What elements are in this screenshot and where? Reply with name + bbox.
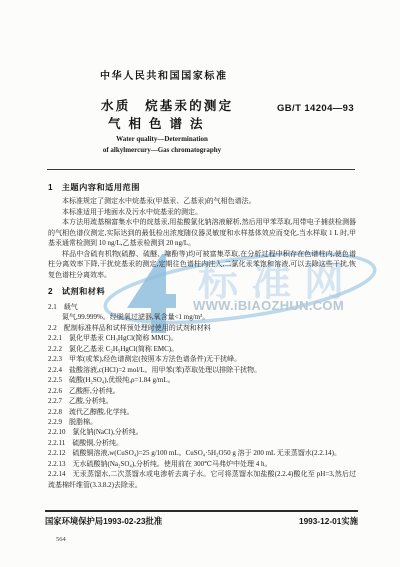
list-item: 2.2.9脱脂棉。 — [48, 417, 356, 427]
item-number: 2.2.14 — [48, 470, 66, 478]
item-text: 脱脂棉。 — [69, 418, 97, 426]
list-item: 2.2.14无汞蒸馏水,二次蒸馏水或电渗析去离子水。它可将蒸馏水加盐酸(2.2.… — [48, 469, 356, 490]
item-text: 巯代乙醇酸,化学纯。 — [69, 408, 134, 416]
item-number: 2.2.5 — [48, 376, 62, 384]
list-item: 氮气,99.999%。经脱氧过滤器,氧含量<1 mg/m³。 — [48, 312, 356, 322]
item-number: 2.2.1 — [48, 334, 62, 342]
approval-text: 国家环境保护局1993-02-23批准 — [45, 515, 162, 527]
english-subtitle-line2: of alkylmercury—Gas chromatography — [47, 145, 277, 156]
paragraph: 本标准适用于地面水及污水中烷基汞的测定。 — [48, 207, 356, 217]
item-text: 盐酸溶液,c(HCl)=2 mol/L。用甲苯(苯)萃取处理以排除干扰物。 — [69, 366, 261, 374]
list-item: 2.2.7乙酸,分析纯。 — [48, 396, 356, 406]
item-text: 载气 — [64, 303, 78, 311]
document-footer: 国家环境保护局1993-02-23批准 1993-12-01实施 — [45, 510, 358, 527]
list-item: 2.2.13无水硫酸钠(Na₂SO₄),分析纯。使用前在 300℃马弗炉中处理 … — [48, 459, 356, 469]
list-item: 2.2.4盐酸溶液,c(HCl)=2 mol/L。用甲苯(苯)萃取处理以排除干扰… — [48, 365, 356, 375]
list-item: 2.2.12硫酸铜溶液,w(CuSO₄)=25 g/100 mL。CuSO₄·5… — [48, 448, 356, 458]
item-number: 2.2 — [48, 324, 57, 332]
item-number: 2.2.7 — [48, 397, 62, 405]
item-number: 2.2.12 — [48, 449, 66, 457]
list-item: 2.2.3甲苯(或苯),经色谱测定(按照本方法色谱条件)无干扰峰。 — [48, 354, 356, 364]
item-number: 2.2.13 — [48, 460, 66, 468]
item-number: 2.2.6 — [48, 387, 62, 395]
list-item: 2.2.10氯化钠(NaCl),分析纯。 — [48, 427, 356, 437]
item-text: 无水硫酸钠(Na₂SO₄),分析纯。使用前在 300℃马弗炉中处理 4 h。 — [73, 460, 272, 468]
list-item: 2.2.8巯代乙醇酸,化学纯。 — [48, 407, 356, 417]
item-number: 2.2.3 — [48, 355, 62, 363]
list-item: 2.2.1氯化甲基汞 CH₃HgCl(简称 MMC)。 — [48, 333, 356, 343]
list-item: 2.2.11硫酸铜,分析纯。 — [48, 438, 356, 448]
item-number: 2.2.10 — [48, 428, 66, 436]
item-text: 无汞蒸馏水,二次蒸馏水或电渗析去离子水。它可将蒸馏水加盐酸(2.2.4)酸化至 … — [48, 470, 356, 488]
item-text: 氮气,99.999%。经脱氧过滤器,氧含量<1 mg/m³。 — [62, 313, 209, 321]
header-divider — [47, 169, 355, 170]
item-text: 氯化钠(NaCl),分析纯。 — [73, 428, 143, 436]
item-text: 硫酸(H₂SO₄),优级纯,ρ=1.84 g/mL。 — [69, 376, 175, 384]
english-subtitle-line1: Water quality—Determination — [47, 134, 277, 145]
item-text: 乙酸,分析纯。 — [69, 397, 113, 405]
list-item: 2.2配制标准样品和试样预处理时使用的试剂和材料 — [48, 323, 356, 333]
item-number: 2.2.11 — [48, 439, 65, 447]
document-body: 1 主题内容和适用范围 本标准规定了测定水中烷基汞(甲基汞、乙基汞)的气相色谱法… — [48, 183, 356, 490]
list-item: 2.2.5硫酸(H₂SO₄),优级纯,ρ=1.84 g/mL。 — [48, 375, 356, 385]
item-text: 硫酸铜,分析纯。 — [72, 439, 123, 447]
item-text: 氯化甲基汞 CH₃HgCl(简称 MMC)。 — [69, 334, 178, 342]
english-subtitle: Water quality—Determination of alkylmerc… — [47, 134, 277, 155]
paragraph: 本方法用巯基棉富集水中的烷基汞,用盐酸氯化钠溶液解析,然后用甲苯萃取,用带电子捕… — [48, 217, 356, 248]
item-text: 甲苯(或苯),经色谱测定(按照本方法色谱条件)无干扰峰。 — [69, 355, 241, 363]
item-number: 2.2.8 — [48, 408, 62, 416]
section1-heading: 1 主题内容和适用范围 — [48, 183, 356, 193]
item-number: 2.1 — [48, 303, 57, 311]
item-number: 2.2.2 — [48, 345, 62, 353]
section2-heading: 2 试剂和材料 — [48, 287, 356, 297]
list-item: 2.2.2氯化乙基汞 C₂H₅HgCl(简称 EMC)。 — [48, 344, 356, 354]
list-item: 2.1载气 — [48, 302, 356, 312]
item-number: 2.2.4 — [48, 366, 62, 374]
document-page: 标准网 WWW.iBIAOZHUN.COM 中华人民共和国国家标准 水质 烷基汞… — [0, 0, 400, 567]
implementation-text: 1993-12-01实施 — [299, 515, 358, 527]
item-text: 氯化乙基汞 C₂H₅HgCl(简称 EMC)。 — [69, 345, 178, 353]
item-text: 乙酸酐,分析纯。 — [69, 387, 120, 395]
item-number: 2.2.9 — [48, 418, 62, 426]
paragraph: 样品中含硫有机物(硫醇、硫醚、噻酚等)均可被富集萃取,在分析过程中积存在色谱柱内… — [48, 249, 356, 280]
standard-label: 中华人民共和国国家标准 — [100, 67, 228, 82]
item-text: 配制标准样品和试样预处理时使用的试剂和材料 — [64, 324, 211, 332]
page-number: 564 — [56, 536, 66, 543]
standard-code: GB/T 14204—93 — [277, 103, 354, 114]
document-title-line1: 水质 烷基汞的测定 — [101, 96, 233, 114]
paragraph: 本标准规定了测定水中烷基汞(甲基汞、乙基汞)的气相色谱法。 — [48, 196, 356, 206]
document-title-line2: 气相色谱法 — [108, 114, 211, 132]
list-item: 2.2.6乙酸酐,分析纯。 — [48, 386, 356, 396]
item-text: 硫酸铜溶液,w(CuSO₄)=25 g/100 mL。CuSO₄·5H₂O50 … — [73, 449, 341, 457]
